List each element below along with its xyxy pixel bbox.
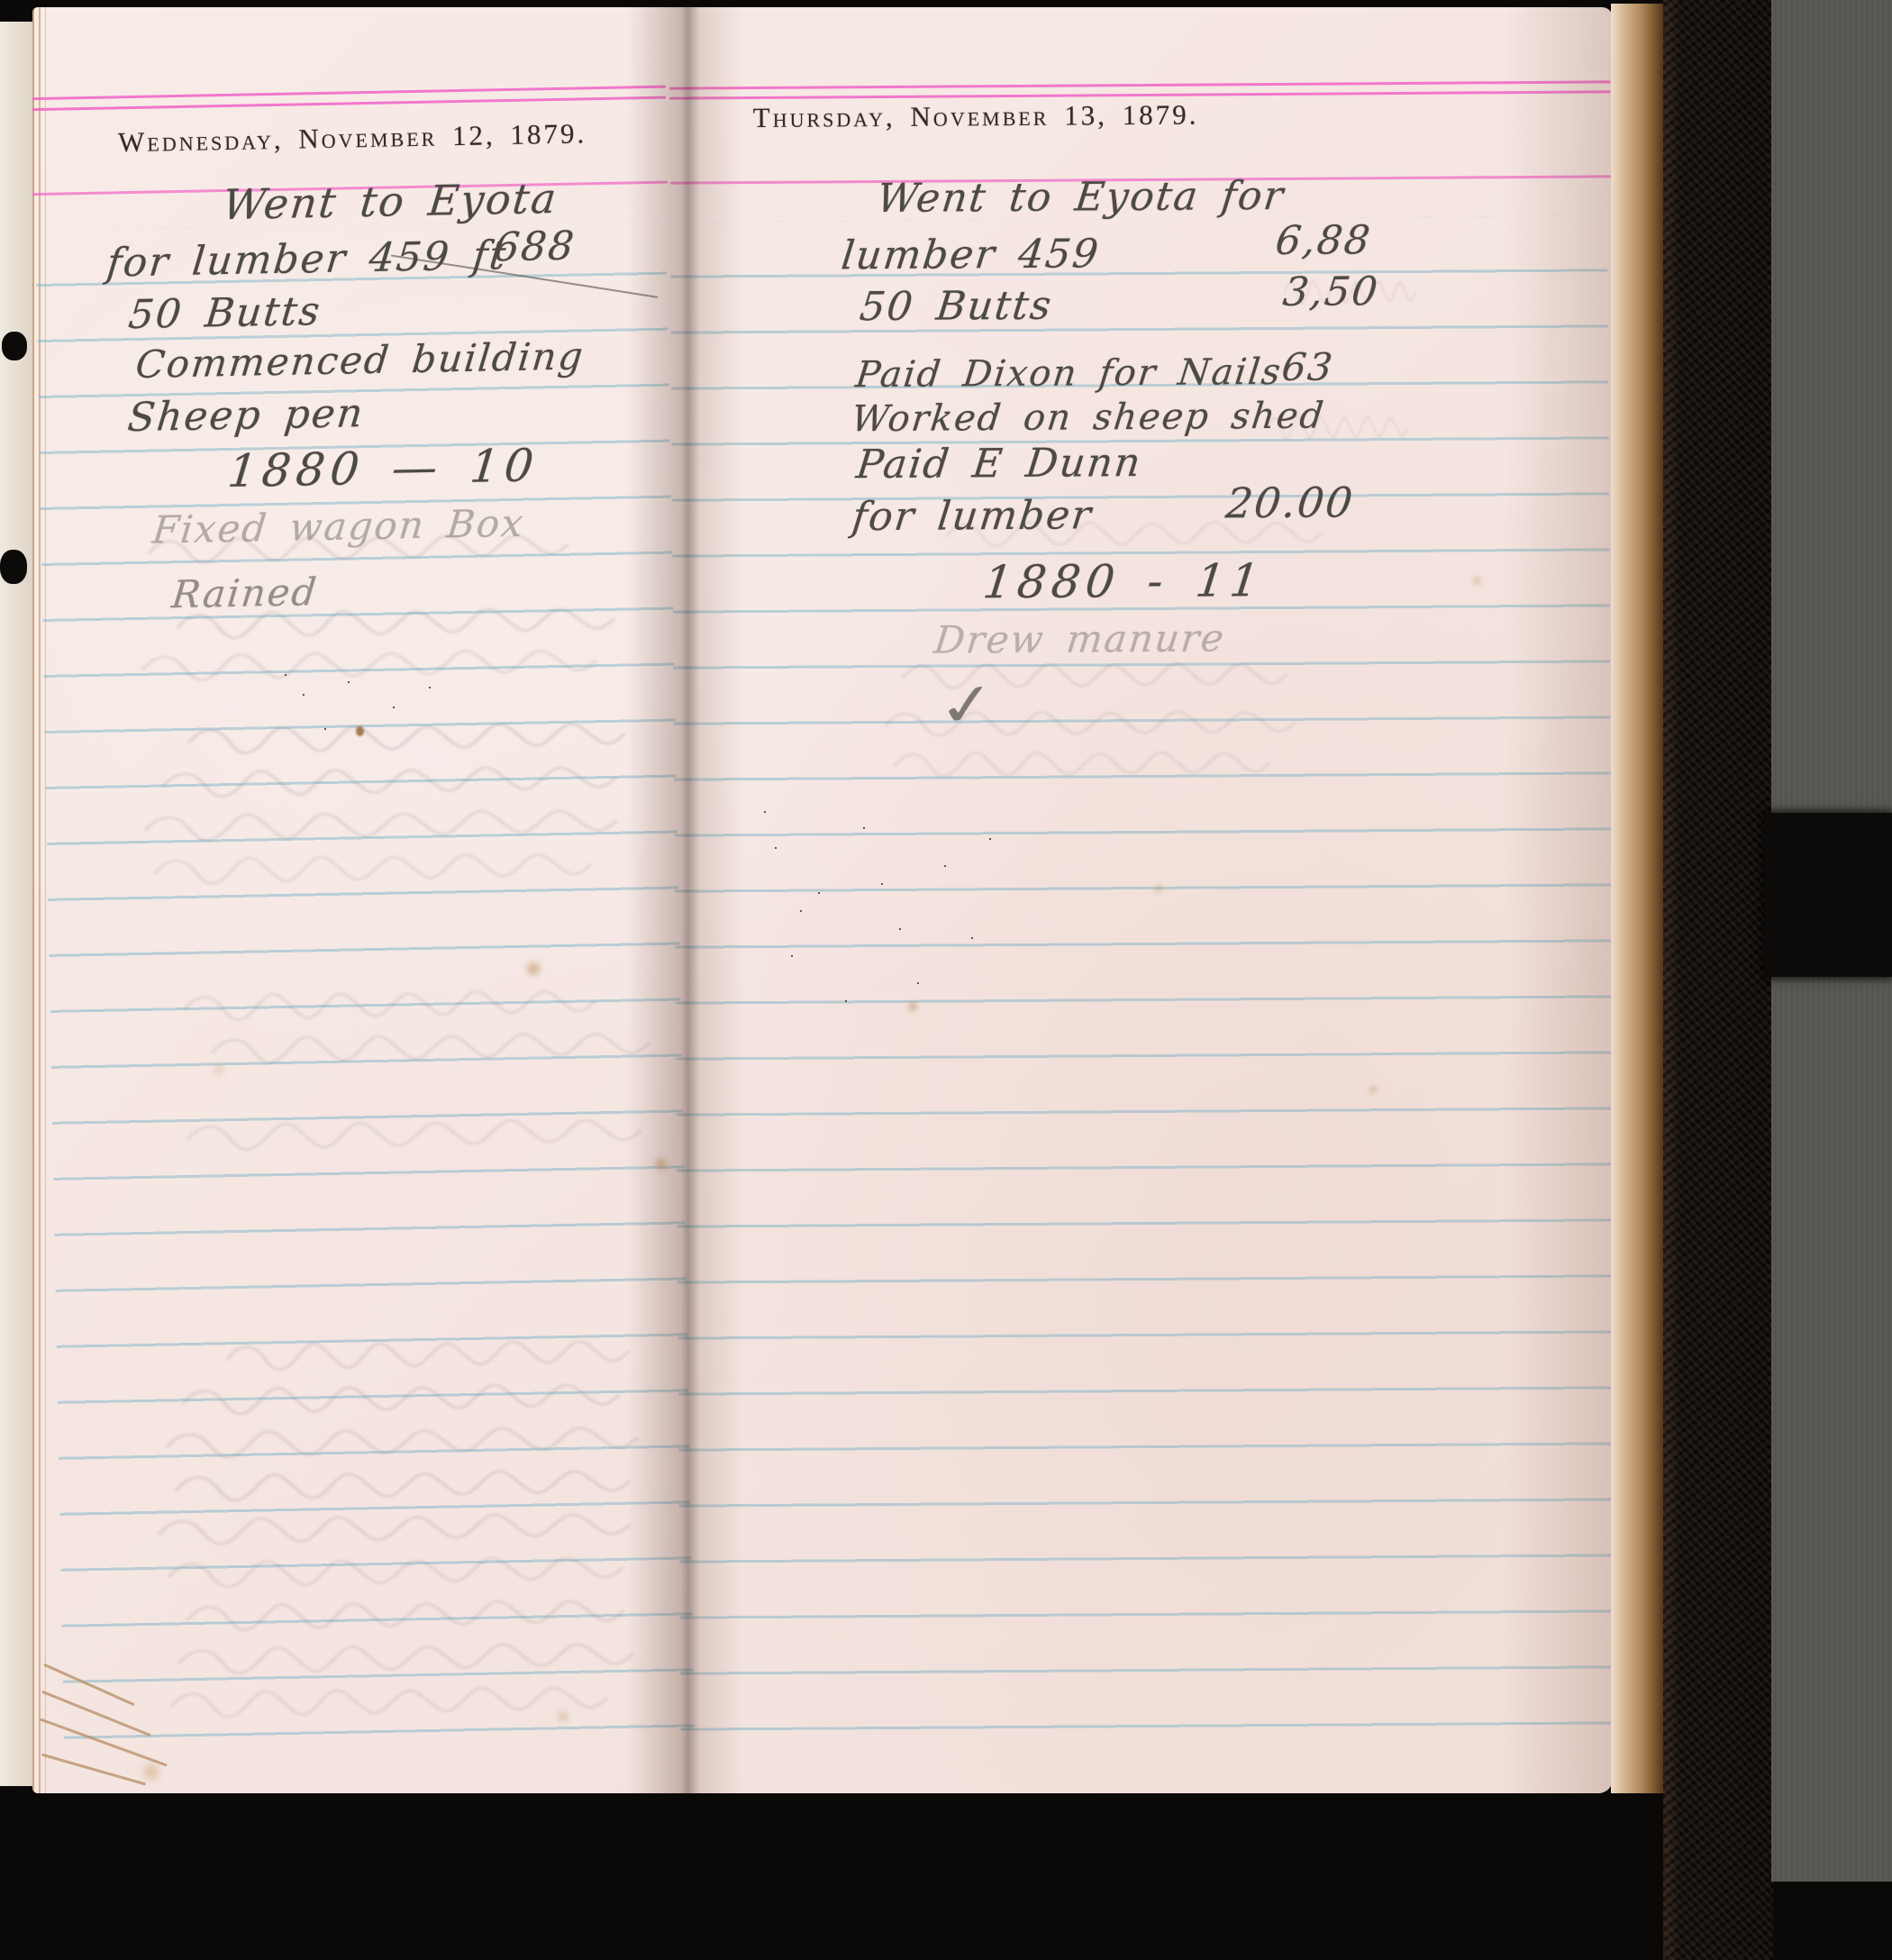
- handwriting-line: Paid E Dunn: [854, 440, 1144, 488]
- page-edge-shade: [1505, 7, 1613, 1793]
- diary-scan: Wednesday, November 12, 1879. Went to Ey…: [0, 0, 1892, 1960]
- handwriting-line: Commenced building: [133, 333, 587, 387]
- handwriting-line-faded: Drew manure: [932, 615, 1227, 661]
- foxing-spot: [1473, 577, 1481, 585]
- ghost-writing: [1283, 276, 1418, 304]
- scan-left-edge: [0, 22, 32, 1786]
- handwriting-line: 50 Butts: [126, 288, 323, 338]
- handwriting-line: lumber 459: [839, 231, 1102, 278]
- book-strap: [1764, 813, 1892, 977]
- handwriting-line: Paid Dixon for Nails: [853, 351, 1284, 396]
- diary-spread: Wednesday, November 12, 1879. Went to Ey…: [32, 7, 1613, 1793]
- foxing-spot: [214, 1065, 223, 1074]
- foxing-spot: [559, 1712, 568, 1721]
- pink-rule: [669, 80, 1611, 89]
- foxing-spot: [1155, 885, 1162, 892]
- ghost-writing: [898, 657, 1295, 688]
- scan-smudge: [2, 332, 27, 360]
- handwriting-line: for lumber 459 ft: [105, 232, 509, 287]
- gutter-shadow: [627, 7, 744, 1793]
- specks: [285, 674, 287, 676]
- scan-smudge: [0, 550, 27, 584]
- ghost-writing: [942, 515, 1330, 547]
- left-page-date-header: Wednesday, November 12, 1879.: [82, 117, 623, 160]
- handwriting-line: Worked on sheep shed: [850, 396, 1327, 441]
- ink-spot: [356, 726, 364, 736]
- foxing-spot: [144, 1764, 159, 1779]
- handwriting-year-tag: 1880 — 10: [225, 439, 541, 497]
- closed-page-edges: [1611, 4, 1665, 1793]
- specks: [764, 811, 766, 813]
- foxing-spot: [1369, 1086, 1377, 1093]
- handwriting-amount: 688: [492, 223, 578, 271]
- foxing-spot: [908, 1002, 917, 1011]
- handwriting-line: Went to Eyota for: [875, 173, 1287, 222]
- right-page: Thursday, November 13, 1879. Went to Eyo…: [669, 7, 1613, 1793]
- foxing-spot: [656, 1159, 667, 1170]
- foxing-spot: [527, 962, 540, 975]
- right-page-date-header: Thursday, November 13, 1879.: [705, 98, 1246, 134]
- ghost-writing: [890, 745, 1278, 777]
- left-page: Wednesday, November 12, 1879. Went to Ey…: [32, 7, 699, 1793]
- ghost-writing: [1266, 411, 1410, 439]
- handwriting-line: Went to Eyota: [221, 174, 560, 229]
- handwriting-year-tag: 1880 - 11: [980, 554, 1267, 608]
- pink-rule: [32, 96, 666, 112]
- handwriting-line: Sheep pen: [125, 390, 366, 441]
- handwriting-amount: 63: [1279, 344, 1336, 388]
- ghost-writing: [881, 705, 1305, 736]
- handwriting-line: 50 Butts: [858, 283, 1055, 331]
- handwriting-amount: 6,88: [1273, 217, 1374, 264]
- book-cover: [1663, 0, 1773, 1960]
